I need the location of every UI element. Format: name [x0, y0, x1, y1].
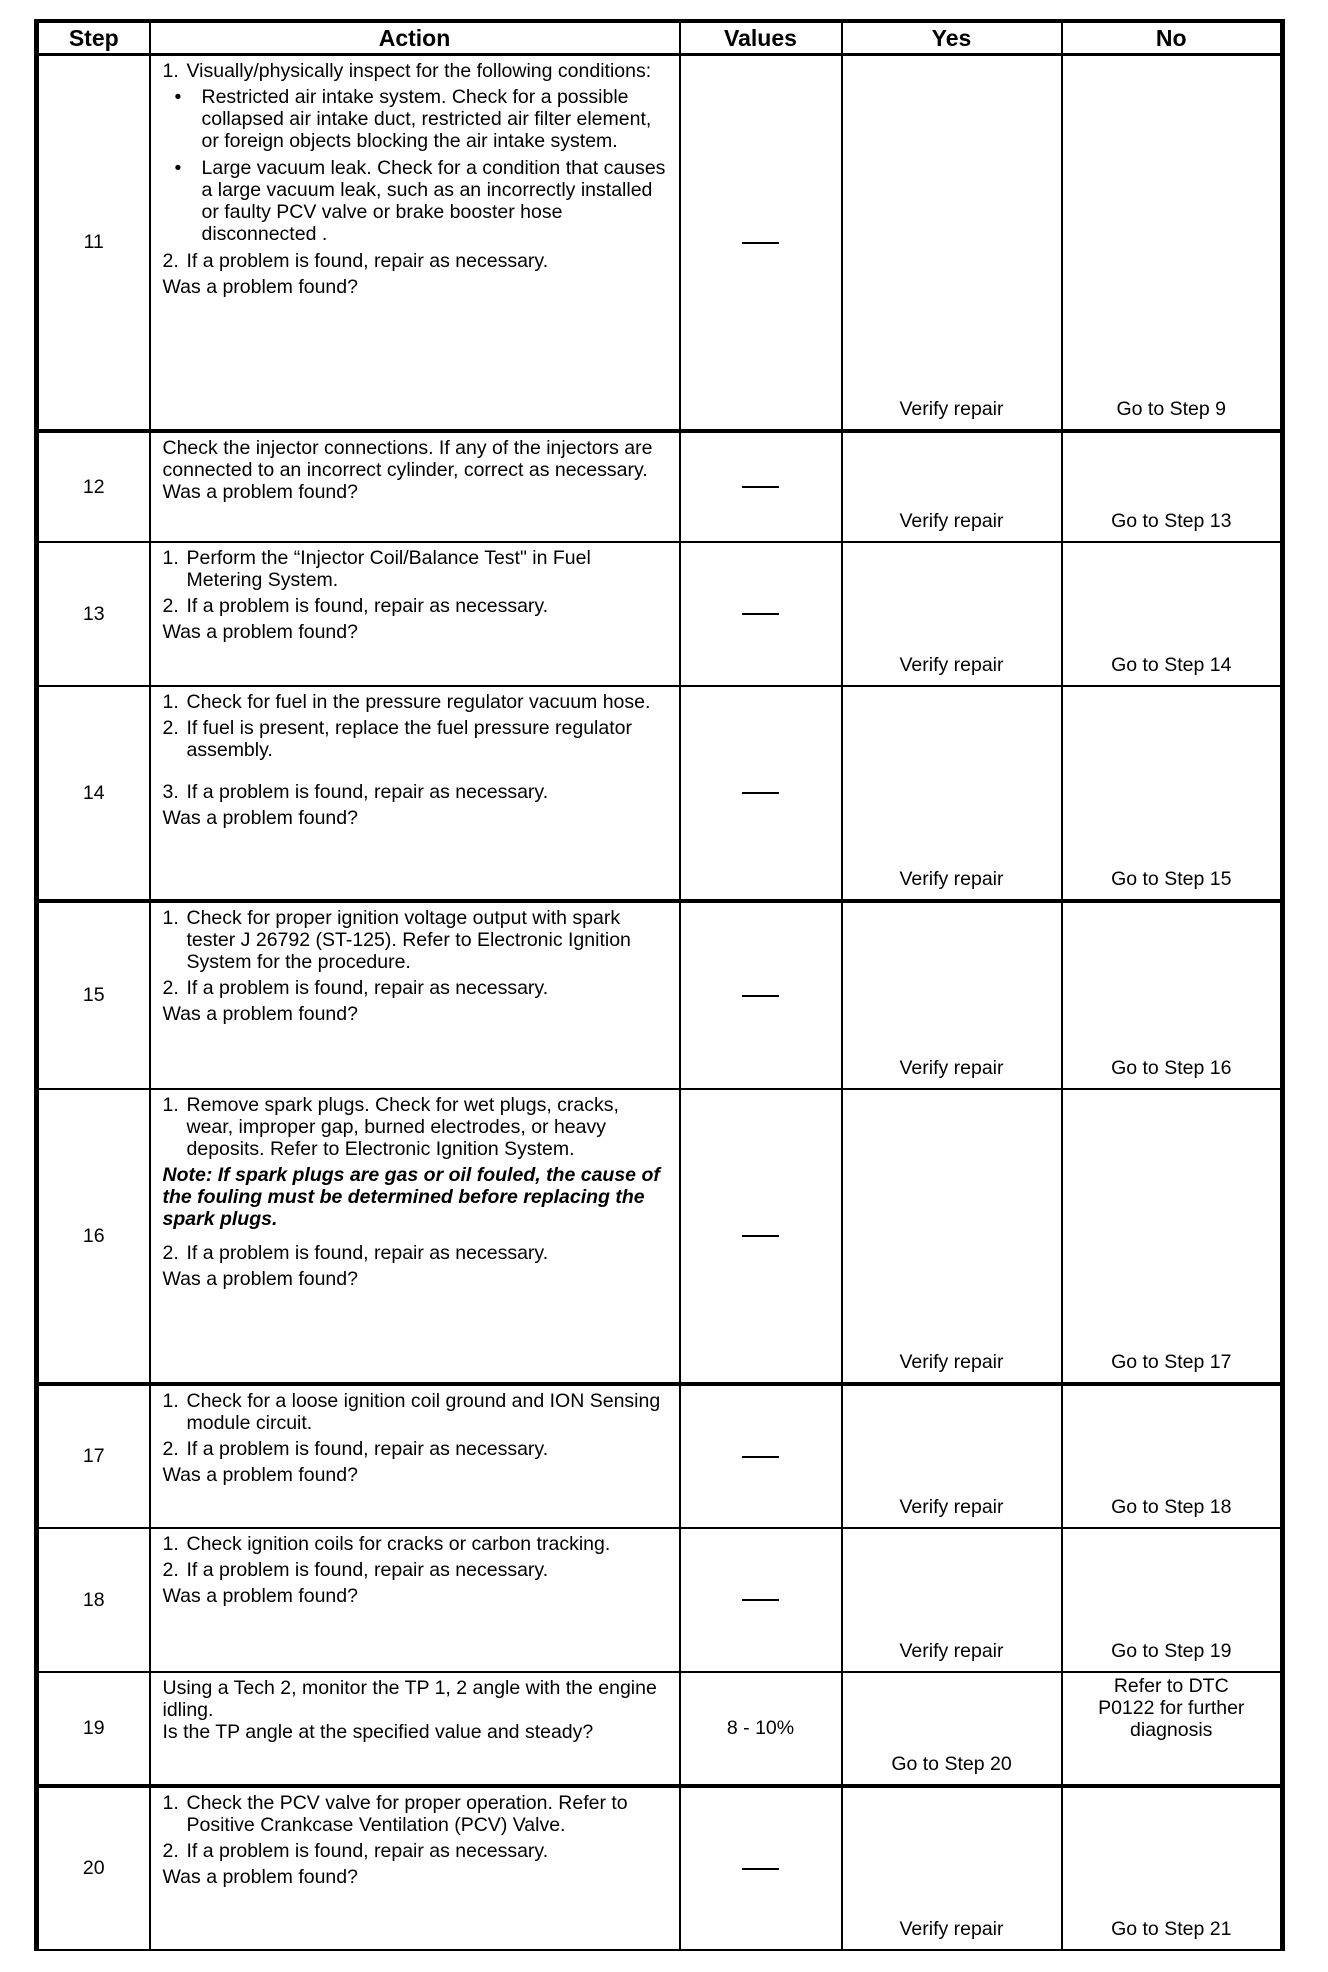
header-action: Action [150, 21, 680, 55]
bullet-text: Restricted air intake system. Check for … [202, 86, 669, 152]
bullet-item: •Large vacuum leak. Check for a conditio… [175, 157, 669, 245]
item-text: If a problem is found, repair as necessa… [187, 781, 669, 803]
not-applicable-dash [742, 792, 779, 794]
step-number: 12 [37, 431, 150, 542]
yes-result: Verify repair [842, 542, 1062, 686]
action-cell: 1.Check ignition coils for cracks or car… [150, 1528, 680, 1672]
table-row: 141.Check for fuel in the pressure regul… [37, 686, 1283, 901]
item-number: 2. [163, 595, 187, 617]
table-row: 151.Check for proper ignition voltage ou… [37, 901, 1283, 1089]
no-result: Go to Step 18 [1062, 1384, 1283, 1528]
numbered-item: 3.If a problem is found, repair as neces… [163, 781, 669, 803]
yes-result: Verify repair [842, 901, 1062, 1089]
table-row: 12Check the injector connections. If any… [37, 431, 1283, 542]
values-cell [680, 431, 842, 542]
not-applicable-dash [742, 613, 779, 615]
question-text: Was a problem found? [163, 1866, 669, 1888]
action-cell: 1.Check the PCV valve for proper operati… [150, 1786, 680, 1950]
numbered-item: 1.Check for fuel in the pressure regulat… [163, 691, 669, 713]
not-applicable-dash [742, 486, 779, 488]
item-text: Check the PCV valve for proper operation… [187, 1792, 669, 1836]
item-text: If a problem is found, repair as necessa… [187, 250, 669, 272]
no-result: Go to Step 14 [1062, 542, 1283, 686]
action-cell: 1.Check for proper ignition voltage outp… [150, 901, 680, 1089]
item-number: 1. [163, 907, 187, 973]
step-number: 14 [37, 686, 150, 901]
table-row: 111.Visually/physically inspect for the … [37, 55, 1283, 431]
table-row: 171.Check for a loose ignition coil grou… [37, 1384, 1283, 1528]
action-text: Check the injector connections. If any o… [163, 437, 669, 481]
question-text: Was a problem found? [163, 481, 669, 503]
numbered-item: 2.If a problem is found, repair as neces… [163, 1242, 669, 1264]
item-text: If a problem is found, repair as necessa… [187, 1559, 669, 1581]
table-row: 201.Check the PCV valve for proper opera… [37, 1786, 1283, 1950]
question-text: Was a problem found? [163, 621, 669, 643]
action-cell: Using a Tech 2, monitor the TP 1, 2 angl… [150, 1672, 680, 1786]
action-cell: 1.Check for a loose ignition coil ground… [150, 1384, 680, 1528]
action-cell: 1.Check for fuel in the pressure regulat… [150, 686, 680, 901]
numbered-item: 1.Check the PCV valve for proper operati… [163, 1792, 669, 1836]
not-applicable-dash [742, 1235, 779, 1237]
note-text: Note: If spark plugs are gas or oil foul… [163, 1164, 669, 1230]
item-number: 2. [163, 1840, 187, 1862]
values-cell [680, 686, 842, 901]
yes-result: Verify repair [842, 431, 1062, 542]
not-applicable-dash [742, 995, 779, 997]
item-text: If a problem is found, repair as necessa… [187, 1242, 669, 1264]
step-number: 16 [37, 1089, 150, 1384]
item-text: Visually/physically inspect for the foll… [187, 60, 669, 82]
yes-result: Verify repair [842, 686, 1062, 901]
item-number: 2. [163, 1438, 187, 1460]
yes-result: Verify repair [842, 1384, 1062, 1528]
spacer [163, 765, 669, 781]
item-number: 2. [163, 1242, 187, 1264]
numbered-item: 2.If a problem is found, repair as neces… [163, 1438, 669, 1460]
diagnostic-table: Step Action Values Yes No 111.Visually/p… [34, 19, 1285, 1951]
table-row: 161.Remove spark plugs. Check for wet pl… [37, 1089, 1283, 1384]
question-text: Is the TP angle at the specified value a… [163, 1721, 669, 1743]
yes-result: Verify repair [842, 1089, 1062, 1384]
item-number: 2. [163, 250, 187, 272]
action-cell: 1.Visually/physically inspect for the fo… [150, 55, 680, 431]
not-applicable-dash [742, 1868, 779, 1870]
numbered-item: 2.If a problem is found, repair as neces… [163, 977, 669, 999]
item-number: 2. [163, 1559, 187, 1581]
values-cell [680, 542, 842, 686]
values-cell: 8 - 10% [680, 1672, 842, 1786]
no-result: Go to Step 19 [1062, 1528, 1283, 1672]
numbered-item: 2.If a problem is found, repair as neces… [163, 1559, 669, 1581]
header-step: Step [37, 21, 150, 55]
action-cell: 1.Perform the “Injector Coil/Balance Tes… [150, 542, 680, 686]
item-number: 1. [163, 1792, 187, 1836]
action-cell: 1.Remove spark plugs. Check for wet plug… [150, 1089, 680, 1384]
action-text: Using a Tech 2, monitor the TP 1, 2 angl… [163, 1677, 669, 1721]
item-text: Check for a loose ignition coil ground a… [187, 1390, 669, 1434]
values-cell [680, 1089, 842, 1384]
step-number: 18 [37, 1528, 150, 1672]
yes-result: Verify repair [842, 1528, 1062, 1672]
step-number: 15 [37, 901, 150, 1089]
numbered-item: 1.Perform the “Injector Coil/Balance Tes… [163, 547, 669, 591]
item-number: 3. [163, 781, 187, 803]
values-cell [680, 1786, 842, 1950]
no-result: Go to Step 9 [1062, 55, 1283, 431]
values-cell [680, 55, 842, 431]
item-number: 1. [163, 691, 187, 713]
question-text: Was a problem found? [163, 1268, 669, 1290]
values-text: 8 - 10% [727, 1717, 794, 1739]
question-text: Was a problem found? [163, 807, 669, 829]
yes-result: Go to Step 20 [842, 1672, 1062, 1786]
item-text: Perform the “Injector Coil/Balance Test"… [187, 547, 669, 591]
table-row: 181.Check ignition coils for cracks or c… [37, 1528, 1283, 1672]
no-result: Go to Step 13 [1062, 431, 1283, 542]
item-text: Check ignition coils for cracks or carbo… [187, 1533, 669, 1555]
numbered-item: 1.Visually/physically inspect for the fo… [163, 60, 669, 82]
item-text: Check for fuel in the pressure regulator… [187, 691, 669, 713]
table-row: 19Using a Tech 2, monitor the TP 1, 2 an… [37, 1672, 1283, 1786]
item-text: Check for proper ignition voltage output… [187, 907, 669, 973]
item-text: If fuel is present, replace the fuel pre… [187, 717, 669, 761]
step-number: 17 [37, 1384, 150, 1528]
no-result: Go to Step 17 [1062, 1089, 1283, 1384]
values-cell [680, 1528, 842, 1672]
no-result: Go to Step 15 [1062, 686, 1283, 901]
bullet-icon: • [175, 86, 202, 152]
numbered-item: 2.If fuel is present, replace the fuel p… [163, 717, 669, 761]
numbered-item: 1.Check for a loose ignition coil ground… [163, 1390, 669, 1434]
step-number: 13 [37, 542, 150, 686]
no-result: Refer to DTC P0122 for further diagnosis [1062, 1672, 1283, 1786]
yes-result: Verify repair [842, 1786, 1062, 1950]
item-text: Remove spark plugs. Check for wet plugs,… [187, 1094, 669, 1160]
item-number: 1. [163, 1094, 187, 1160]
table-row: 131.Perform the “Injector Coil/Balance T… [37, 542, 1283, 686]
header-no: No [1062, 21, 1283, 55]
bullet-icon: • [175, 157, 202, 245]
not-applicable-dash [742, 1456, 779, 1458]
header-yes: Yes [842, 21, 1062, 55]
item-text: If a problem is found, repair as necessa… [187, 1840, 669, 1862]
item-number: 1. [163, 547, 187, 591]
bullet-text: Large vacuum leak. Check for a condition… [202, 157, 669, 245]
numbered-item: 1.Remove spark plugs. Check for wet plug… [163, 1094, 669, 1160]
item-number: 1. [163, 60, 187, 82]
numbered-item: 2.If a problem is found, repair as neces… [163, 250, 669, 272]
question-text: Was a problem found? [163, 1585, 669, 1607]
item-text: If a problem is found, repair as necessa… [187, 977, 669, 999]
question-text: Was a problem found? [163, 1464, 669, 1486]
no-result: Go to Step 16 [1062, 901, 1283, 1089]
item-number: 2. [163, 717, 187, 761]
numbered-item: 1.Check for proper ignition voltage outp… [163, 907, 669, 973]
numbered-item: 1.Check ignition coils for cracks or car… [163, 1533, 669, 1555]
item-number: 1. [163, 1533, 187, 1555]
yes-result: Verify repair [842, 55, 1062, 431]
bullet-item: •Restricted air intake system. Check for… [175, 86, 669, 152]
action-cell: Check the injector connections. If any o… [150, 431, 680, 542]
question-text: Was a problem found? [163, 1003, 669, 1025]
values-cell [680, 1384, 842, 1528]
numbered-item: 2.If a problem is found, repair as neces… [163, 595, 669, 617]
item-number: 2. [163, 977, 187, 999]
item-text: If a problem is found, repair as necessa… [187, 595, 669, 617]
item-number: 1. [163, 1390, 187, 1434]
item-text: If a problem is found, repair as necessa… [187, 1438, 669, 1460]
not-applicable-dash [742, 1599, 779, 1601]
numbered-item: 2.If a problem is found, repair as neces… [163, 1840, 669, 1862]
table-header-row: Step Action Values Yes No [37, 21, 1283, 55]
not-applicable-dash [742, 242, 779, 244]
step-number: 20 [37, 1786, 150, 1950]
question-text: Was a problem found? [163, 276, 669, 298]
step-number: 11 [37, 55, 150, 431]
header-values: Values [680, 21, 842, 55]
values-cell [680, 901, 842, 1089]
step-number: 19 [37, 1672, 150, 1786]
no-result: Go to Step 21 [1062, 1786, 1283, 1950]
